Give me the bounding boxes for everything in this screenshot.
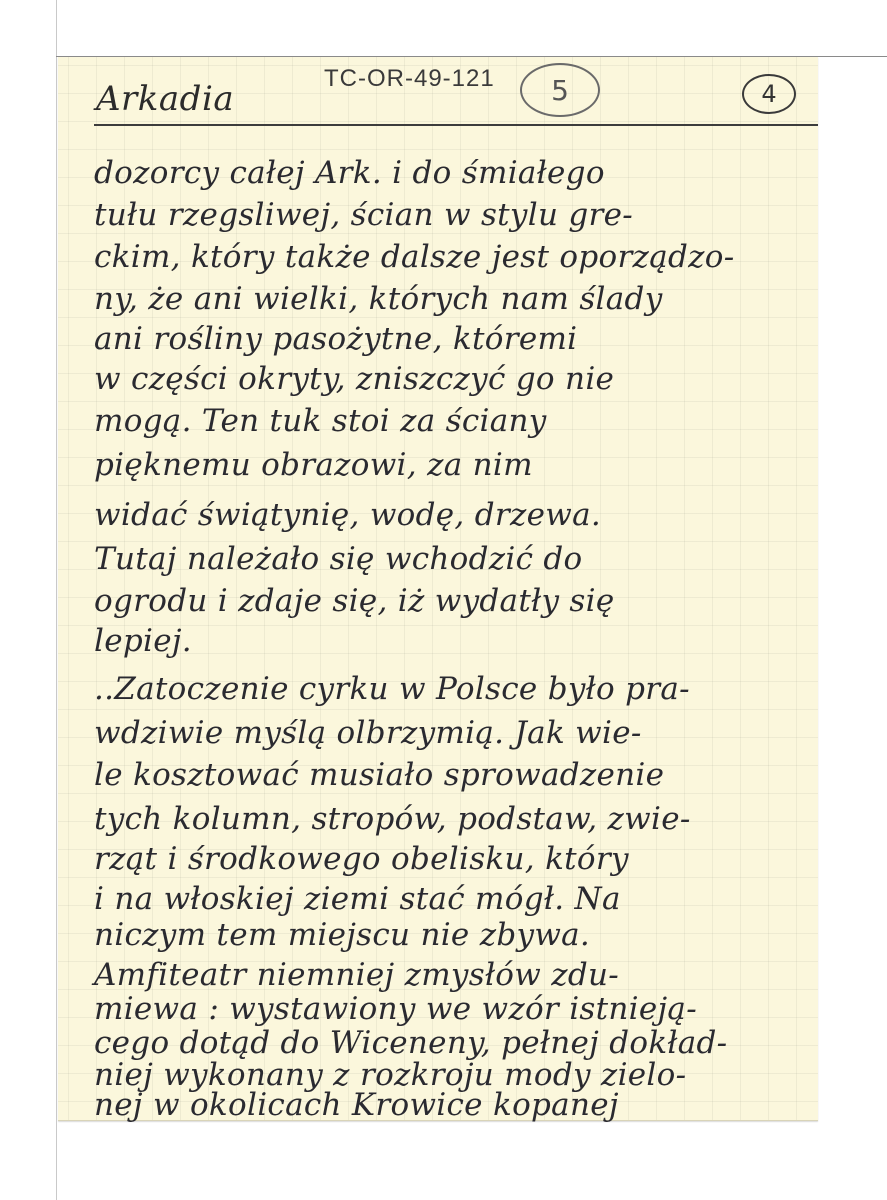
text-line: cego dotąd do Wiceneny, pełnej dokład- bbox=[94, 1025, 727, 1061]
text-line: Tutaj należało się wchodzić do bbox=[94, 541, 583, 577]
text-line: ..Zatoczenie cyrku w Polsce było pra- bbox=[94, 671, 690, 707]
text-line: tych kolumn, stropów, podstaw, zwie- bbox=[94, 801, 691, 837]
text-line: lepiej. bbox=[94, 623, 192, 659]
text-line: Amfiteatr niemniej zmysłów zdu- bbox=[94, 957, 619, 993]
text-line: i na włoskiej ziemi stać mógł. Na bbox=[94, 881, 621, 917]
text-line: le kosztować musiało sprowadzenie bbox=[94, 757, 664, 793]
text-line: widać świątynię, wodę, drzewa. bbox=[94, 497, 601, 533]
handwritten-body: dozorcy całej Ark. i do śmiałego tułu rz… bbox=[58, 57, 818, 1120]
text-line: ani rośliny pasożytne, któremi bbox=[94, 321, 577, 357]
scan-edge-left bbox=[56, 0, 57, 1200]
text-line: mogą. Ten tuk stoi za ściany bbox=[94, 403, 547, 439]
text-line: tułu rzegsliwej, ścian w stylu gre- bbox=[94, 197, 633, 233]
text-line: dozorcy całej Ark. i do śmiałego bbox=[94, 155, 605, 191]
text-line: ogrodu i zdaje się, iż wydatły się bbox=[94, 583, 615, 619]
text-line: pięknemu obrazowi, za nim bbox=[94, 447, 533, 483]
text-line: miewa : wystawiony we wzór istnieją- bbox=[94, 991, 697, 1027]
text-line: niczym tem miejscu nie zbywa. bbox=[94, 917, 590, 953]
text-line: w części okryty, zniszczyć go nie bbox=[94, 361, 614, 397]
text-line: wdziwie myślą olbrzymią. Jak wie- bbox=[94, 715, 642, 751]
text-line: rząt i środkowego obelisku, który bbox=[94, 841, 629, 877]
text-line: ny, że ani wielki, których nam ślady bbox=[94, 281, 663, 317]
text-line: nej w okolicach Krowice kopanej bbox=[94, 1087, 619, 1123]
text-line: ckim, który także dalsze jest oporządzo- bbox=[94, 239, 735, 275]
index-card: Arkadia TC-OR-49-121 5 4 dozorcy całej A… bbox=[58, 57, 818, 1121]
